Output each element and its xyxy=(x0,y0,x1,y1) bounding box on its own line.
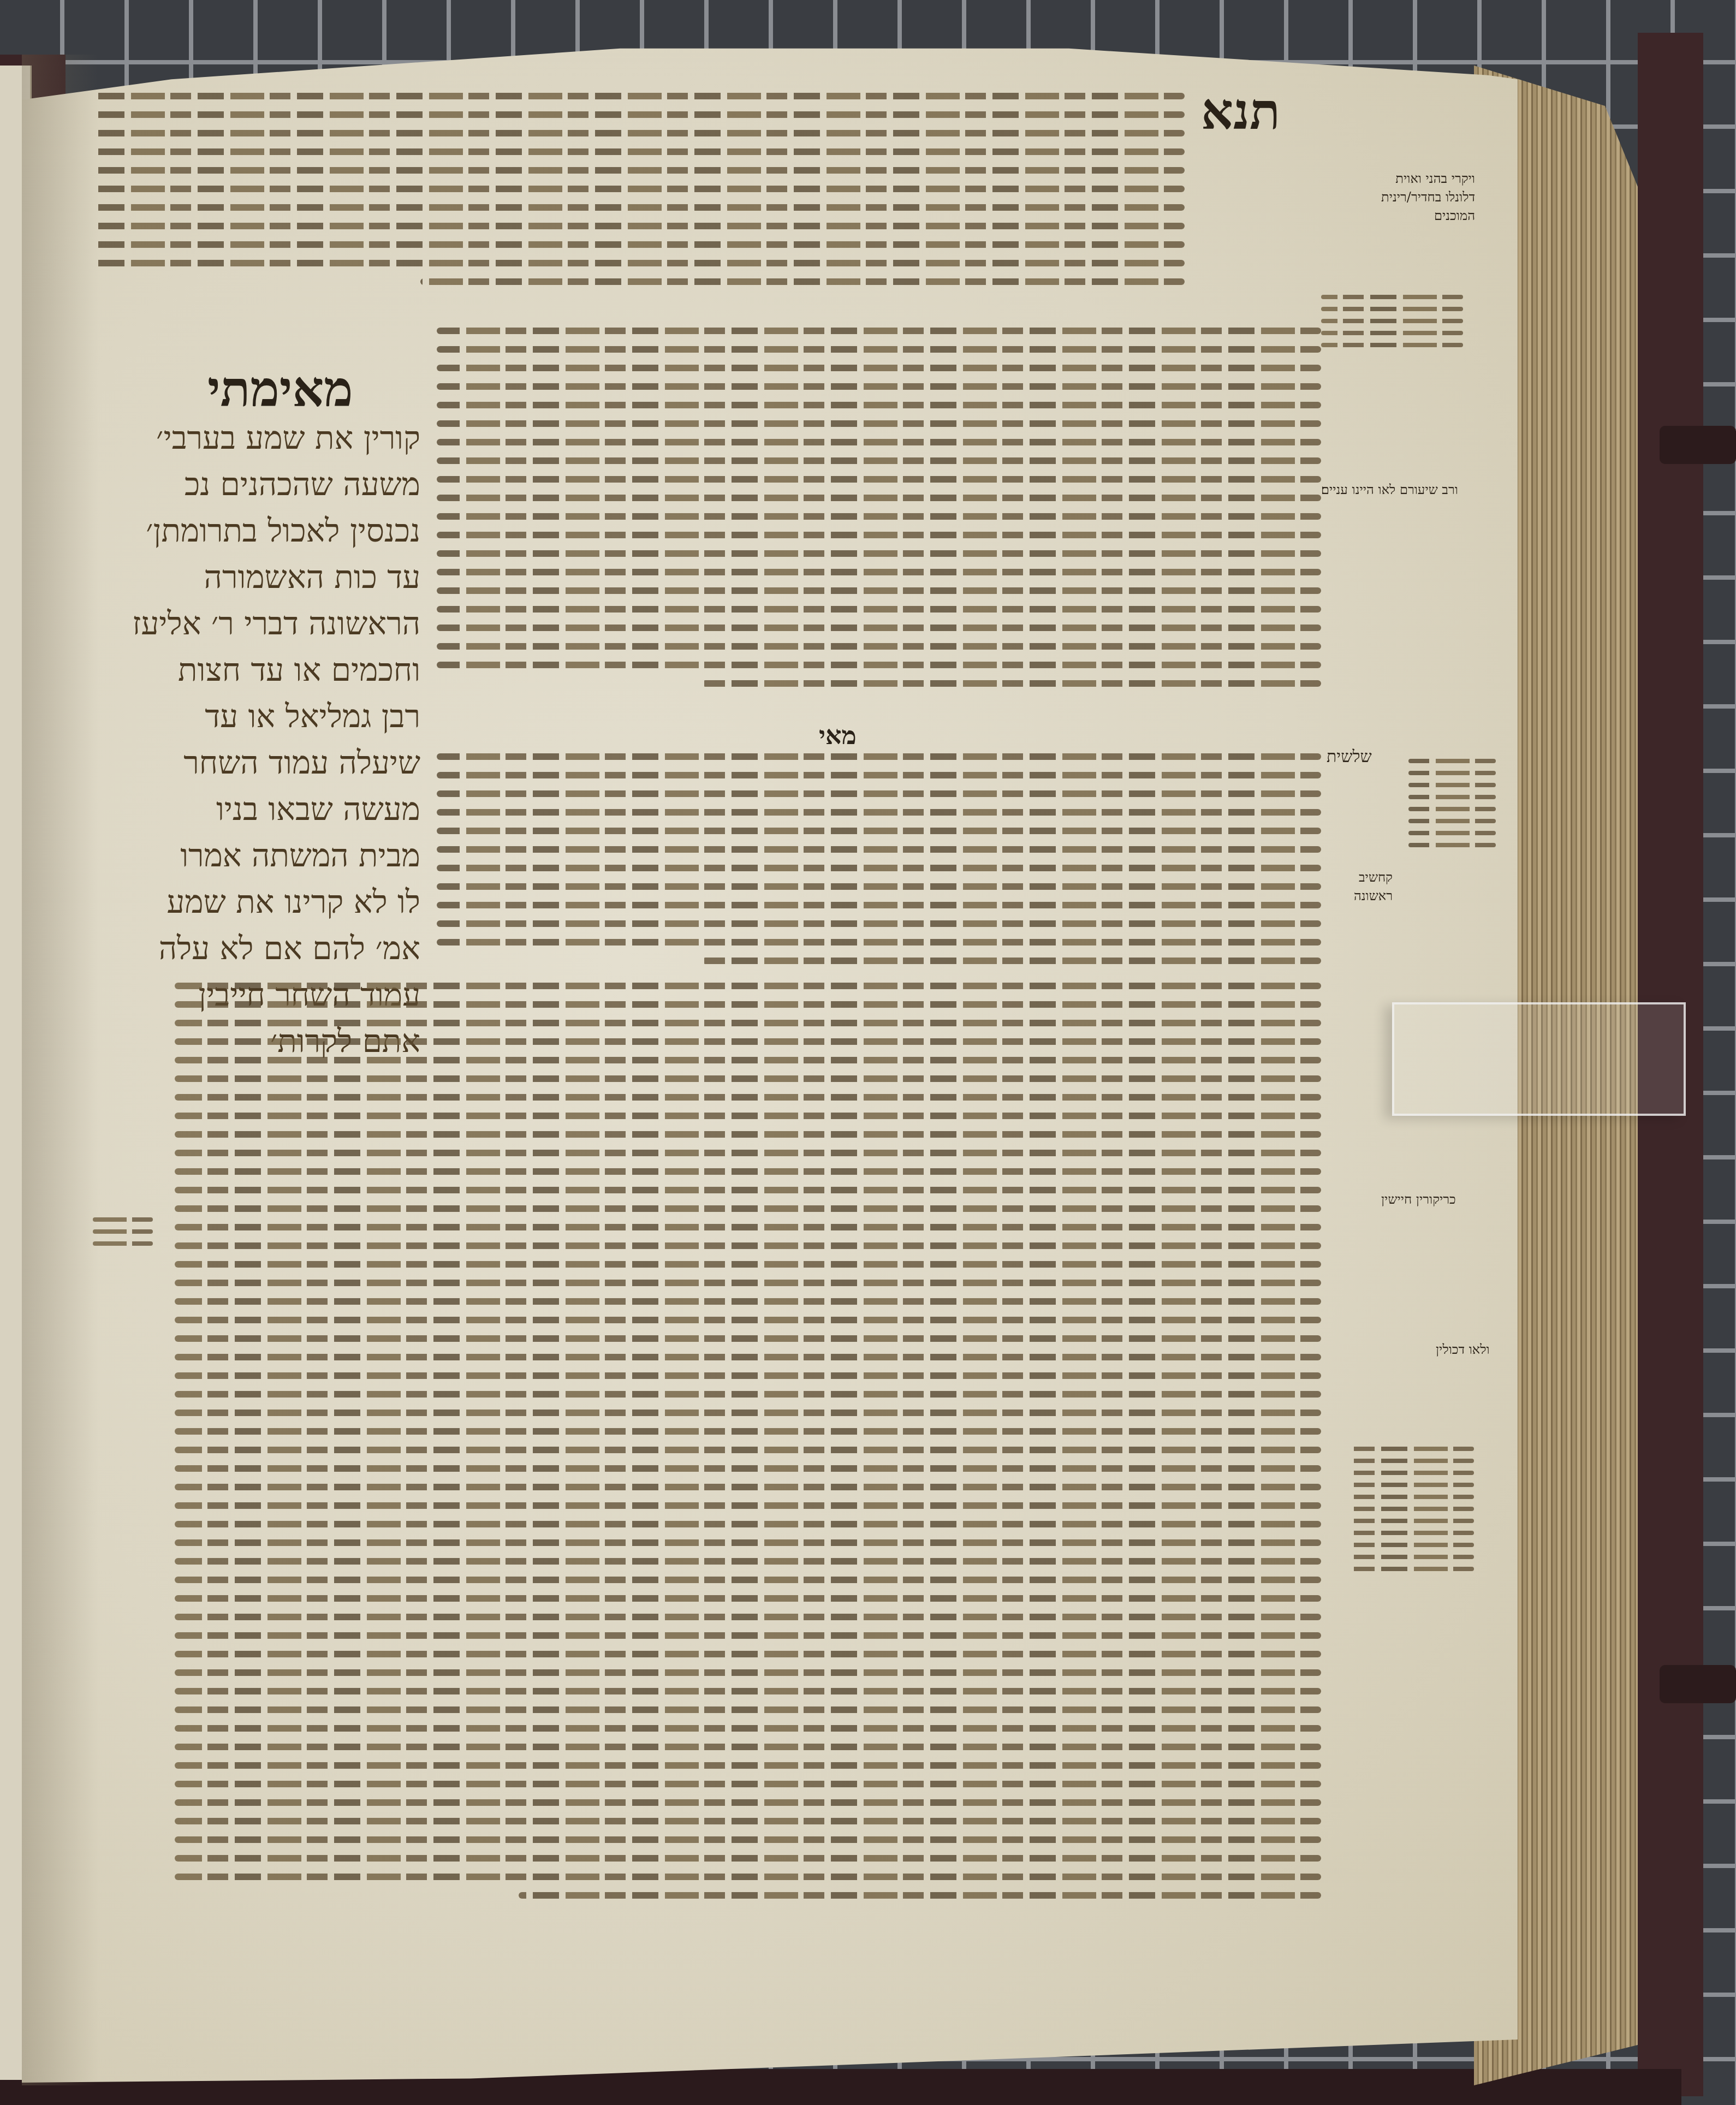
margin-note-top: ויקרי בהני ואוית דלונלו בחדיר/רינית המוכ… xyxy=(1381,169,1475,225)
margin-note-kashya: קחשיב ראשונה xyxy=(1354,868,1393,905)
margin-block-lower xyxy=(1348,1447,1474,1579)
binding-strap-bottom xyxy=(1660,1665,1736,1703)
binding-strap-top xyxy=(1660,426,1736,464)
mishnah-line: רבן גמליאל או עד xyxy=(82,693,420,740)
margin-note-side: ורב שיעורם לאו היינו עניים׃ xyxy=(1321,480,1458,499)
gemara-upper-block xyxy=(437,328,1321,699)
margin-note-kriyan: כריקורין חיישין xyxy=(1381,1190,1456,1209)
section-heading: מאי xyxy=(819,721,857,750)
commentary-top-block xyxy=(93,93,1185,297)
margin-block-shlishit xyxy=(1408,759,1496,855)
margin-block-upper xyxy=(1321,295,1463,355)
mishnah-line: לו לא קרינו את שמע xyxy=(82,879,420,925)
margin-block-left xyxy=(93,1217,153,1253)
mishnah-line: אמ׳ להם אם לא עלה xyxy=(82,925,420,972)
mishnah-line: שיעלה עמוד השחר xyxy=(82,740,420,786)
mishnah-line: וחכמים או עד חצות xyxy=(82,647,420,693)
mishnah-line: נכנסין לאכול בתרומתן׳ xyxy=(82,508,420,554)
margin-note-shlishit: שלשית xyxy=(1327,748,1372,766)
margin-note-ulai: ולאו דכולין xyxy=(1436,1340,1490,1359)
mishnah-text: קורין את שמע בערבי׳ משעה שהכהנים נכ נכנס… xyxy=(82,415,420,1065)
page-header-word: תנא xyxy=(1201,82,1280,141)
mishnah-line: מעשה שבאו בניו xyxy=(82,786,420,833)
mishnah-line: מבית המשתה אמרו xyxy=(82,833,420,879)
mishnah-line: עד כות האשמורה xyxy=(82,554,420,600)
gemara-lower-block xyxy=(175,983,1321,1911)
gemara-middle-block xyxy=(437,753,1321,976)
mishnah-line: משעה שהכהנים נכ xyxy=(82,461,420,508)
mishnah-heading: מאימתי xyxy=(207,360,353,418)
mishnah-line: קורין את שמע בערבי׳ xyxy=(82,415,420,461)
gutter-shadow xyxy=(22,55,98,2085)
glass-page-weight xyxy=(1392,1002,1686,1116)
mishnah-line: הראשונה דברי ר׳ אליעז xyxy=(82,600,420,647)
